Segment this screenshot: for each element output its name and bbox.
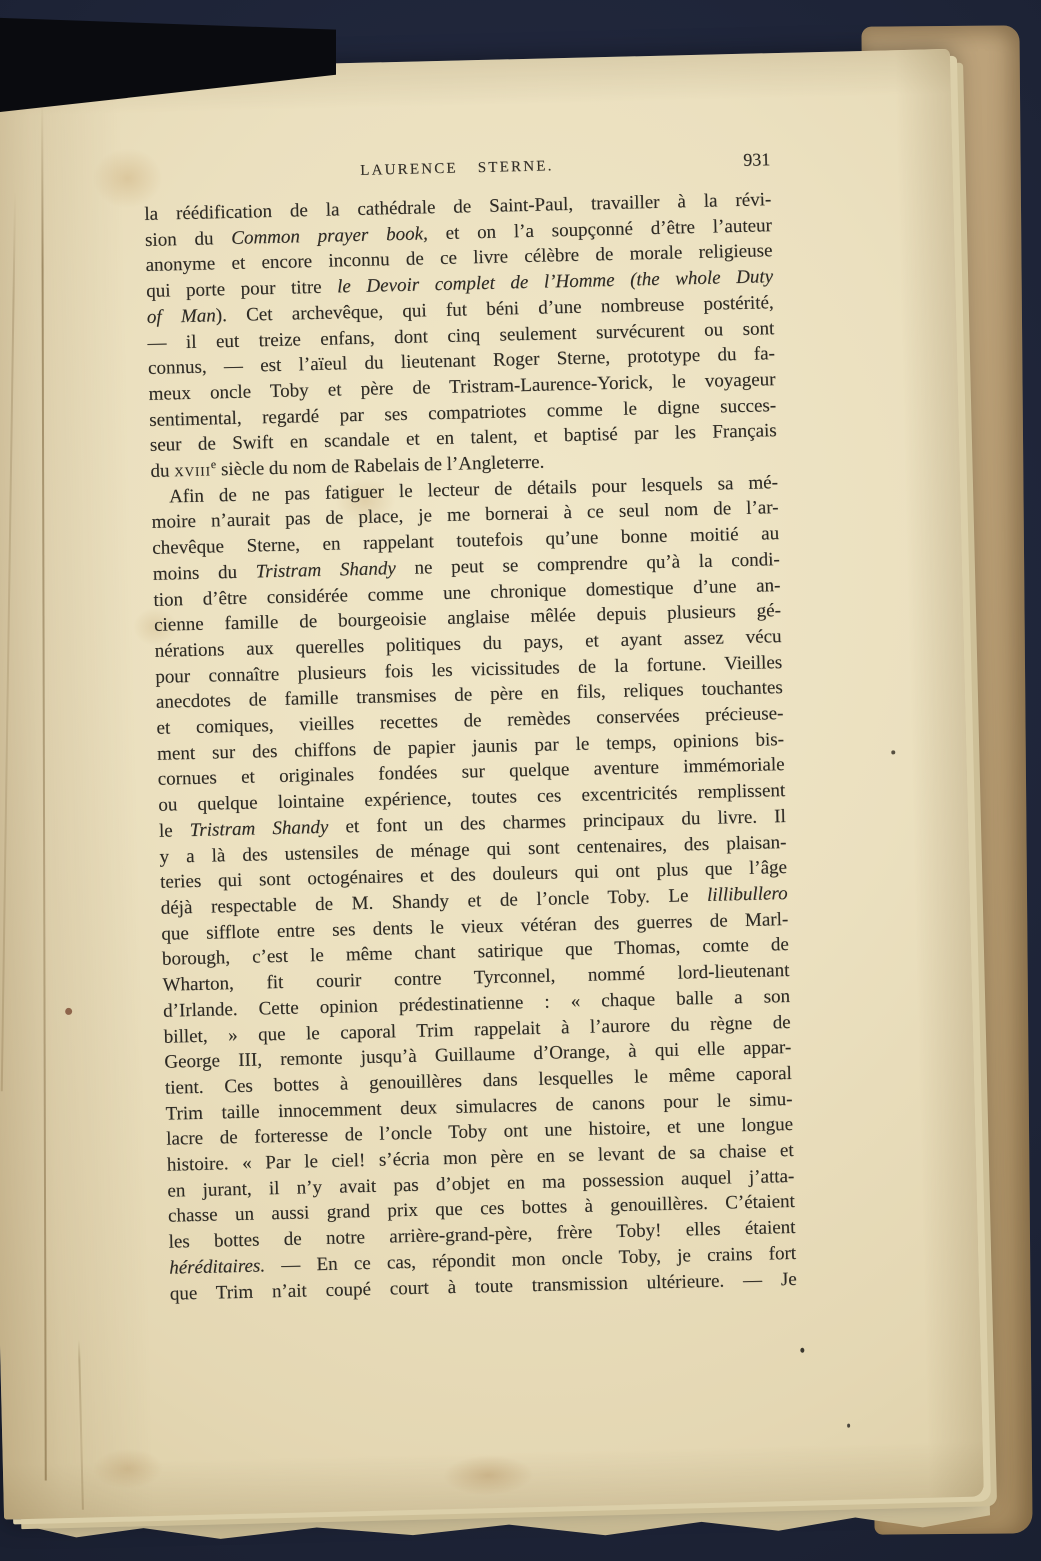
paper-stain	[92, 1448, 163, 1490]
scanned-book-photo: LAURENCE STERNE. 931 la réédification de…	[0, 0, 1041, 1561]
paragraph: la réédification de la cathédrale de Sai…	[144, 187, 777, 484]
gutter-crease	[41, 100, 47, 1480]
text-block: LAURENCE STERNE. 931 la réédification de…	[143, 153, 797, 1307]
paper-speck	[65, 1008, 72, 1015]
running-title: LAURENCE STERNE.	[143, 153, 770, 185]
text-body: la réédification de la cathédrale de Sai…	[144, 187, 797, 1307]
paper-stain	[443, 1454, 534, 1496]
page-number: 931	[743, 149, 770, 171]
paper-speck	[800, 1348, 804, 1353]
paper-speck	[847, 1424, 850, 1428]
paragraph: Afin de ne pas fatiguer le lecteur de dé…	[151, 470, 797, 1307]
paper-speck	[891, 750, 895, 754]
book-page: LAURENCE STERNE. 931 la réédification de…	[0, 49, 984, 1520]
gutter-crease	[1, 191, 16, 1091]
page-under-edge-line	[78, 1340, 84, 1510]
